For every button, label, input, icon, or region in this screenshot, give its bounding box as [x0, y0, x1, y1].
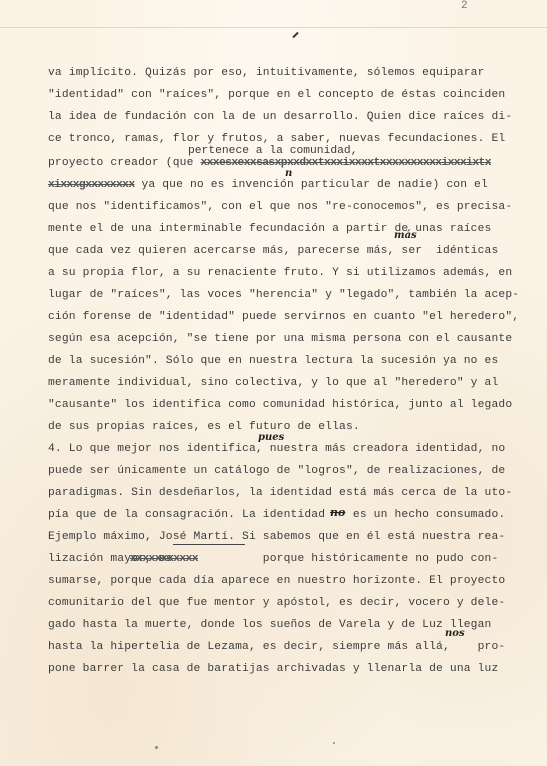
underline-jose-marti [173, 544, 245, 545]
text-line: "causante" los identifica como comunidad… [48, 398, 512, 412]
strikeout-text: xxxxxxxxxxx [130, 552, 198, 566]
text-line-with-strikeout: proyecto creador (que xxxesxexxsasxpxxdx… [48, 156, 491, 170]
text-line: lización mayor, es porque históricamente… [48, 552, 498, 566]
document-page: 2 va implícito. Quizás por eso, intuitiv… [0, 0, 547, 766]
handwritten-struck-no: no [330, 506, 345, 519]
paper-speck [333, 742, 335, 744]
text-line: lugar de "raíces", las voces "herencia" … [48, 288, 519, 302]
text-line-with-strikeout: xixxxgxxxxxxxx ya que no es invención pa… [48, 178, 488, 192]
text-line: pía que de la consagración. La identidad… [48, 508, 505, 522]
text-line: a su propia flor, a su renaciente fruto.… [48, 266, 512, 280]
strikeout-text: xixxxgxxxxxxxx [48, 179, 135, 191]
text-line: sumarse, porque cada día aparece en nues… [48, 574, 505, 588]
text-line: Ejemplo máximo, José Martí. Si sabemos q… [48, 530, 505, 544]
pen-tick-mark [292, 32, 298, 38]
fold-line [0, 27, 547, 28]
text-line: meramente individual, sino colectiva, y … [48, 376, 498, 390]
text-line: puede ser únicamente un catálogo de "log… [48, 464, 505, 478]
text-line: va implícito. Quizás por eso, intuitivam… [48, 66, 485, 80]
line-prefix: proyecto creador (que [48, 157, 200, 169]
text-line: "identidad" con "raíces", porque en el c… [48, 88, 505, 102]
text-line: ción forense de "identidad" puede servir… [48, 310, 519, 324]
strikeout-text: xxxesxexxsasxpxxdxxtxxxixxxxtxxxxxxxxxxi… [200, 157, 490, 169]
handwritten-insert-nos: nos [445, 628, 465, 639]
text-line: comunitario del que fue mentor y apóstol… [48, 596, 505, 610]
page-number: 2 [461, 0, 468, 12]
line-rest: ya que no es invención particular de nad… [135, 179, 488, 191]
text-line: que cada vez quieren acercarse más, pare… [48, 244, 498, 258]
text-line: que nos "identificamos", con el que nos … [48, 200, 512, 214]
handwritten-insert-mas: más [394, 230, 417, 241]
text-line: 4. Lo que mejor nos identifica, nuestra … [48, 442, 505, 456]
text-line: gado hasta la muerte, donde los sueños d… [48, 618, 491, 632]
text-line: mente el de una interminable fecundación… [48, 222, 491, 236]
handwritten-insert-n: n [285, 168, 292, 179]
text-line: de la sucesión". Sólo que en nuestra lec… [48, 354, 498, 368]
text-line: hasta la hipertelia de Lezama, es decir,… [48, 640, 505, 654]
text-line: la idea de fundación con la de un desarr… [48, 110, 512, 124]
paper-speck [155, 746, 158, 749]
text-line: de sus propias raíces, es el futuro de e… [48, 420, 360, 434]
text-line: paradigmas. Sin desdeñarlos, la identida… [48, 486, 512, 500]
text-line: según esa acepción, "se tiene por una mi… [48, 332, 512, 346]
text-line: ce tronco, ramas, flor y frutos, a saber… [48, 132, 505, 146]
text-line: pone barrer la casa de baratijas archiva… [48, 662, 498, 676]
